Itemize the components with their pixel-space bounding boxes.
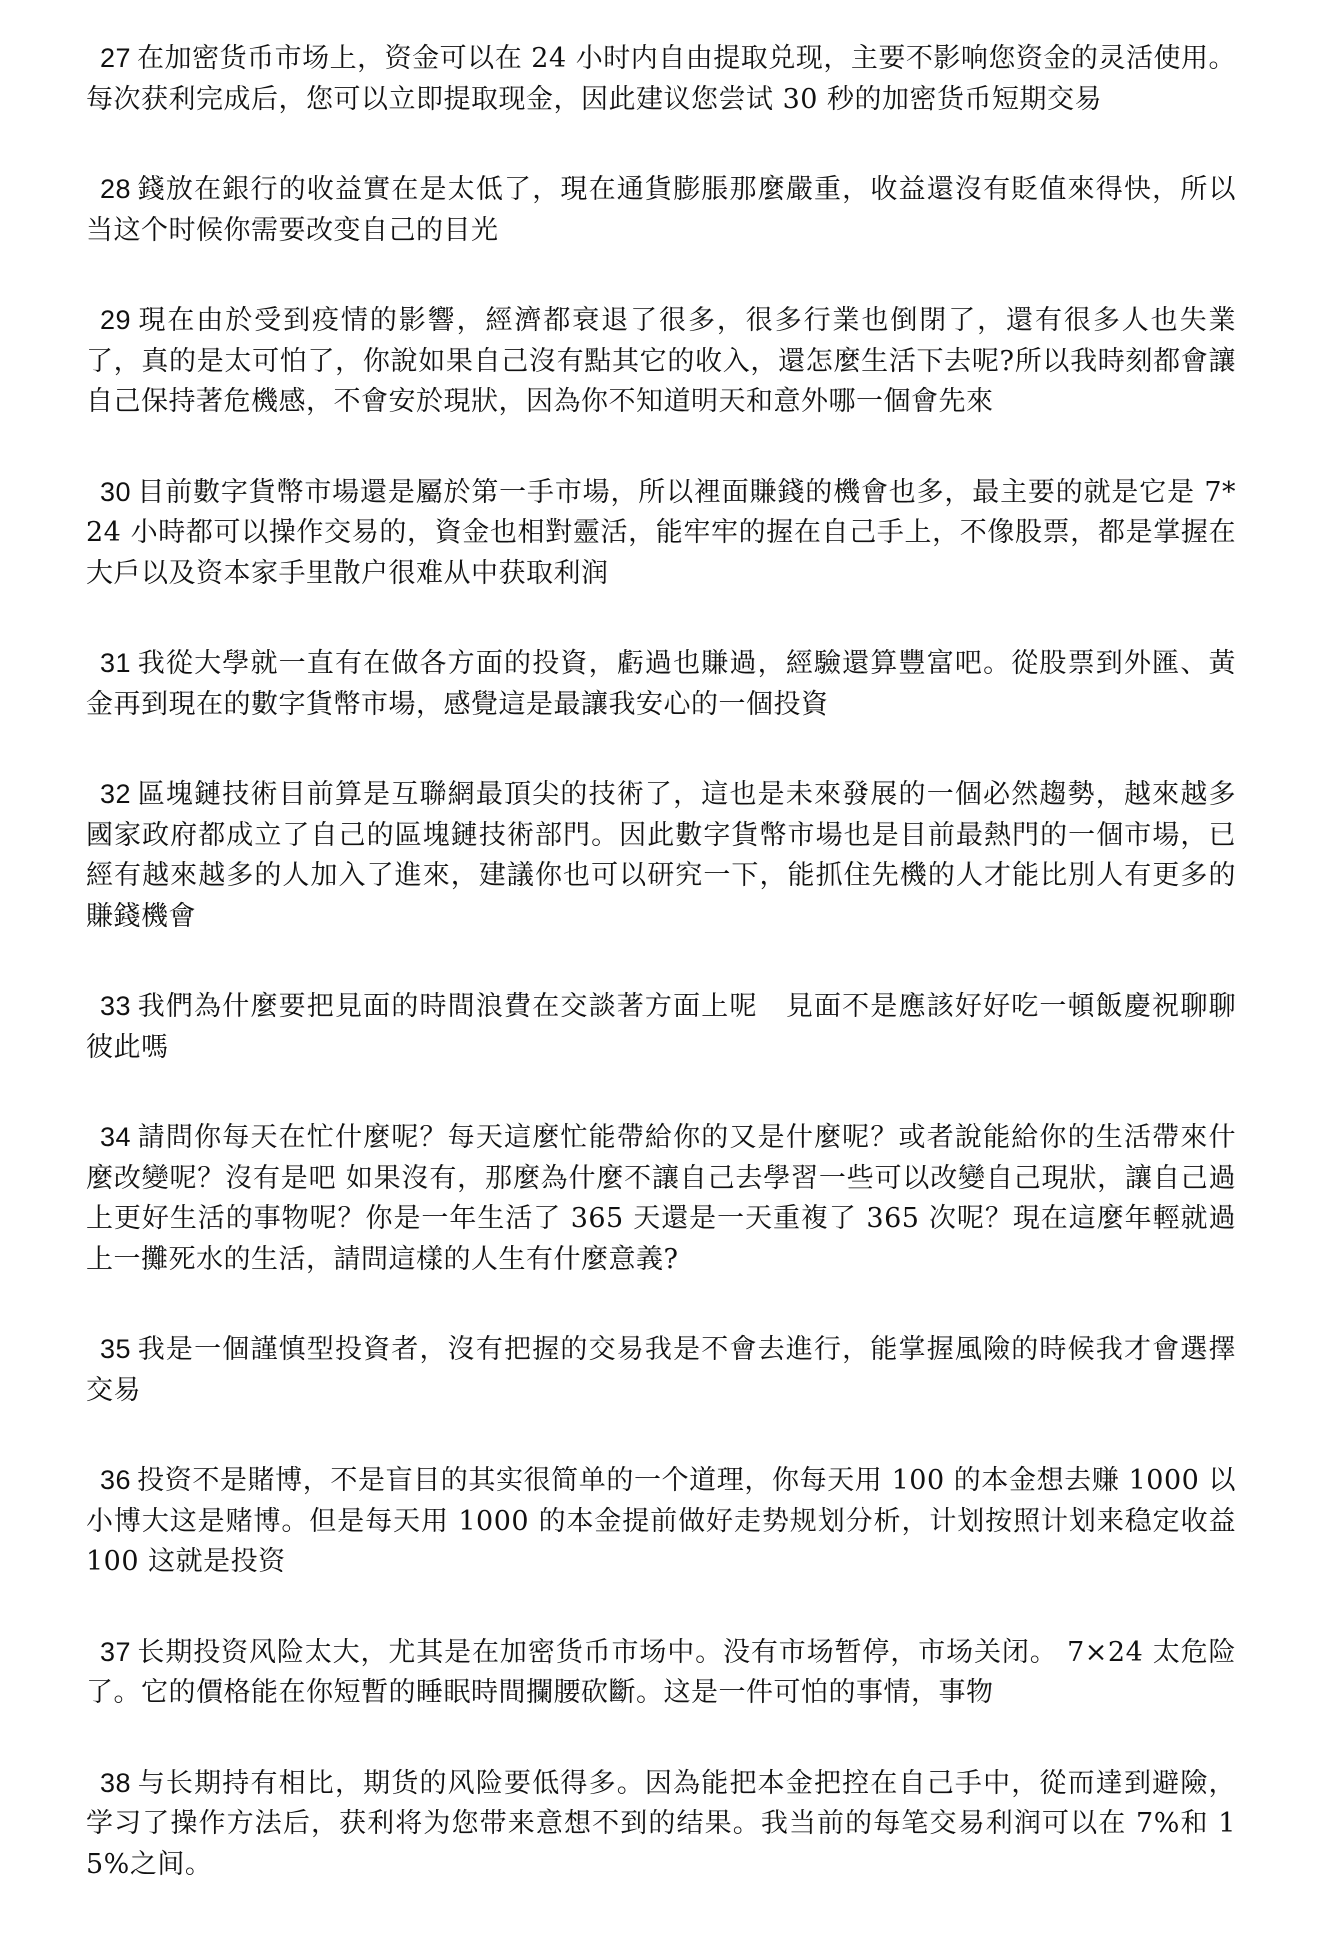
paragraph-33: 33我們為什麼要把見面的時間浪費在交談著方面上呢 見面不是應該好好吃一頓飯慶祝聊…: [86, 986, 1236, 1068]
paragraph-28: 28錢放在銀行的收益實在是太低了，現在通貨膨脹那麼嚴重，收益還沒有貶值來得快，所…: [86, 169, 1236, 251]
paragraph-34: 34請問你每天在忙什麼呢？每天這麼忙能帶給你的又是什麼呢？或者說能給你的生活帶來…: [86, 1117, 1236, 1280]
paragraph-number: 36: [100, 1465, 131, 1495]
paragraph-number: 33: [100, 991, 131, 1021]
paragraph-32: 32區塊鏈技術目前算是互聯網最頂尖的技術了，這也是未來發展的一個必然趨勢，越來越…: [86, 774, 1236, 937]
paragraph-text: 目前數字貨幣市場還是屬於第一手市場，所以裡面賺錢的機會也多，最主要的就是它是 7…: [86, 477, 1236, 589]
paragraph-number: 28: [100, 174, 131, 204]
paragraph-text: 与长期持有相比，期货的风险要低得多。因為能把本金把控在自己手中，從而達到避險，学…: [86, 1768, 1236, 1880]
paragraph-text: 我是一個謹慎型投資者，沒有把握的交易我是不會去進行，能掌握風險的時候我才會選擇交…: [86, 1334, 1236, 1406]
document-page: 27在加密货币市场上，资金可以在 24 小时内自由提取兑现，主要不影响您资金的灵…: [86, 38, 1236, 1934]
paragraph-number: 27: [100, 43, 131, 73]
paragraph-text: 在加密货币市场上，资金可以在 24 小时内自由提取兑现，主要不影响您资金的灵活使…: [86, 43, 1236, 115]
paragraph-text: 請問你每天在忙什麼呢？每天這麼忙能帶給你的又是什麼呢？或者說能給你的生活帶來什麼…: [86, 1122, 1236, 1275]
paragraph-number: 37: [100, 1637, 131, 1667]
paragraph-number: 35: [100, 1334, 131, 1364]
paragraph-text: 區塊鏈技術目前算是互聯網最頂尖的技術了，這也是未來發展的一個必然趨勢，越來越多國…: [86, 779, 1236, 932]
paragraph-number: 31: [100, 648, 131, 678]
paragraph-text: 长期投资风险太大，尤其是在加密货币市场中。没有市场暂停，市场关闭。 7×24 太…: [86, 1637, 1236, 1709]
paragraph-text: 我從大學就一直有在做各方面的投資，虧過也賺過，經驗還算豐富吧。從股票到外匯、黃金…: [86, 648, 1236, 720]
paragraph-30: 30目前數字貨幣市場還是屬於第一手市場，所以裡面賺錢的機會也多，最主要的就是它是…: [86, 472, 1236, 595]
paragraph-number: 32: [100, 779, 131, 809]
paragraph-29: 29現在由於受到疫情的影響，經濟都衰退了很多，很多行業也倒閉了，還有很多人也失業…: [86, 300, 1236, 423]
paragraph-number: 38: [100, 1768, 131, 1798]
paragraph-31: 31我從大學就一直有在做各方面的投資，虧過也賺過，經驗還算豐富吧。從股票到外匯、…: [86, 643, 1236, 725]
paragraph-text: 投资不是賭博，不是盲目的其实很简单的一个道理，你每天用 100 的本金想去赚 1…: [86, 1465, 1236, 1577]
paragraph-35: 35我是一個謹慎型投資者，沒有把握的交易我是不會去進行，能掌握風險的時候我才會選…: [86, 1329, 1236, 1411]
paragraph-number: 30: [100, 477, 131, 507]
paragraph-38: 38与长期持有相比，期货的风险要低得多。因為能把本金把控在自己手中，從而達到避險…: [86, 1763, 1236, 1886]
paragraph-text: 我們為什麼要把見面的時間浪費在交談著方面上呢 見面不是應該好好吃一頓飯慶祝聊聊彼…: [86, 991, 1236, 1063]
paragraph-27: 27在加密货币市场上，资金可以在 24 小时内自由提取兑现，主要不影响您资金的灵…: [86, 38, 1236, 120]
paragraph-text: 錢放在銀行的收益實在是太低了，現在通貨膨脹那麼嚴重，收益還沒有貶值來得快，所以当…: [86, 174, 1236, 246]
paragraph-text: 現在由於受到疫情的影響，經濟都衰退了很多，很多行業也倒閉了，還有很多人也失業了，…: [86, 305, 1236, 417]
paragraph-number: 29: [100, 305, 131, 335]
paragraph-number: 34: [100, 1122, 131, 1152]
paragraph-36: 36投资不是賭博，不是盲目的其实很简单的一个道理，你每天用 100 的本金想去赚…: [86, 1460, 1236, 1583]
paragraph-37: 37长期投资风险太大，尤其是在加密货币市场中。没有市场暂停，市场关闭。 7×24…: [86, 1632, 1236, 1714]
